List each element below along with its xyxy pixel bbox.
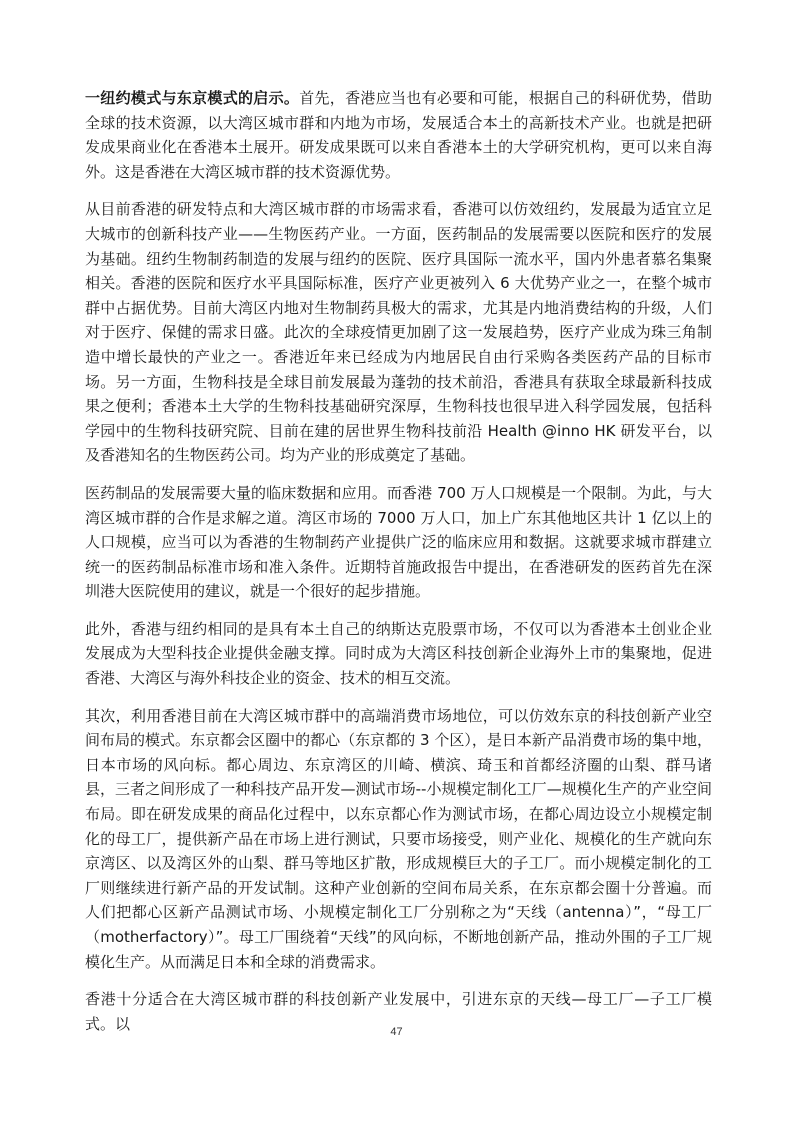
paragraph-text: 从目前香港的研发特点和大湾区城市群的市场需求看，香港可以仿效纽约，发展最为适宜立… xyxy=(85,200,712,464)
paragraph-3: 医药制品的发展需要大量的临床数据和应用。而香港 700 万人口规模是一个限制。为… xyxy=(85,481,712,604)
section-lead-heading: 一纽约模式与东京模式的启示。 xyxy=(85,89,299,107)
paragraph-text: 医药制品的发展需要大量的临床数据和应用。而香港 700 万人口规模是一个限制。为… xyxy=(85,484,712,600)
paragraph-1: 一纽约模式与东京模式的启示。首先，香港应当也有必要和可能，根据自己的科研优势，借… xyxy=(85,86,712,184)
document-body: 一纽约模式与东京模式的启示。首先，香港应当也有必要和可能，根据自己的科研优势，借… xyxy=(85,86,712,1049)
paragraph-4: 此外，香港与纽约相同的是具有本土自己的纳斯达克股票市场，不仅可以为香港本土创业企… xyxy=(85,617,712,691)
paragraph-5: 其次，利用香港目前在大湾区城市群中的高端消费市场地位，可以仿效东京的科技创新产业… xyxy=(85,704,712,975)
paragraph-text: 此外，香港与纽约相同的是具有本土自己的纳斯达克股票市场，不仅可以为香港本土创业企… xyxy=(85,620,712,687)
paragraph-2: 从目前香港的研发特点和大湾区城市群的市场需求看，香港可以仿效纽约，发展最为适宜立… xyxy=(85,197,712,468)
page-number: 47 xyxy=(0,1026,793,1038)
paragraph-text: 其次，利用香港目前在大湾区城市群中的高端消费市场地位，可以仿效东京的科技创新产业… xyxy=(85,707,712,971)
